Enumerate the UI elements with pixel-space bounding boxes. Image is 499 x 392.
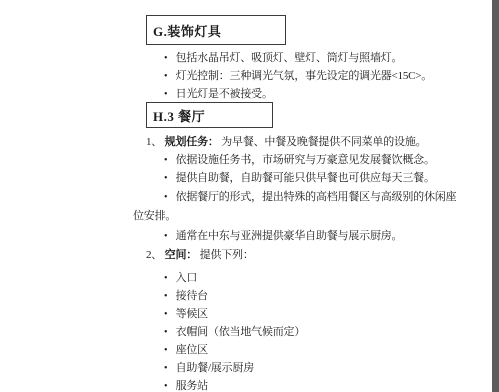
bullet-marker: •	[164, 326, 173, 339]
bullet-marker: •	[164, 88, 173, 101]
bullet-item-h1-1: • 依据设施任务书，市场研究与万豪意见发展餐饮概念。	[164, 154, 435, 167]
item-number: 1、	[146, 136, 162, 148]
item-text: 提供下列：	[200, 249, 254, 261]
bullet-marker: •	[164, 172, 173, 185]
bullet-item-g2: • 灯光控制：三种调光气氛，事先设定的调光器<15C>。	[164, 70, 432, 83]
bullet-text: 通常在中东与亚洲提供豪华自助餐与展示厨房。	[176, 230, 403, 242]
item-number: 2、	[146, 249, 162, 261]
bullet-item-space-3: • 等候区	[164, 308, 208, 321]
bullet-marker: •	[164, 191, 173, 204]
item-label: 规划任务：	[165, 136, 219, 148]
bullet-item-h1-3-line2: 位安排。	[133, 210, 176, 223]
bullet-text: 灯光控制：三种调光气氛，事先设定的调光器<15C>。	[176, 70, 433, 82]
section-heading-box-g: G.装饰灯具	[146, 15, 286, 45]
bullet-item-space-7: • 服务站	[164, 380, 208, 392]
bullet-item-space-4: • 衣帽间（依当地气候而定）	[164, 326, 305, 339]
numbered-item-2: 2、 空间： 提供下列：	[146, 249, 254, 262]
bullet-text: 接待台	[176, 290, 208, 302]
bullet-marker: •	[164, 230, 173, 243]
bullet-marker: •	[164, 308, 173, 321]
bullet-item-g3: • 日光灯是不被接受。	[164, 88, 273, 101]
bullet-text: 入口	[176, 272, 198, 284]
bullet-item-h1-4: • 通常在中东与亚洲提供豪华自助餐与展示厨房。	[164, 230, 402, 243]
bullet-marker: •	[164, 380, 173, 392]
section-heading-g-text: G.装饰灯具	[153, 21, 221, 40]
section-heading-box-h3: H.3 餐厅	[146, 102, 273, 128]
document-page: G.装饰灯具 • 包括水晶吊灯、吸顶灯、壁灯、筒灯与照墙灯。 • 灯光控制：三种…	[0, 0, 499, 392]
bullet-text: 座位区	[176, 344, 208, 356]
bullet-item-space-5: • 座位区	[164, 344, 208, 357]
bullet-text: 日光灯是不被接受。	[176, 88, 273, 100]
bullet-text: 依据餐厅的形式，提出特殊的高档用餐区与高级别的休闲座	[176, 191, 457, 203]
bullet-text: 自助餐/展示厨房	[176, 362, 254, 374]
bullet-marker: •	[164, 272, 173, 285]
bullet-text: 服务站	[176, 380, 208, 392]
bullet-item-space-1: • 入口	[164, 272, 197, 285]
bullet-marker: •	[164, 362, 173, 375]
bullet-item-h1-3-line1: • 依据餐厅的形式，提出特殊的高档用餐区与高级别的休闲座	[164, 191, 456, 204]
bullet-text-continuation: 位安排。	[133, 210, 176, 222]
bullet-marker: •	[164, 290, 173, 303]
bullet-item-space-2: • 接待台	[164, 290, 208, 303]
numbered-item-1: 1、 规划任务： 为早餐、中餐及晚餐提供不同菜单的设施。	[146, 136, 426, 149]
bullet-marker: •	[164, 52, 173, 65]
bullet-text: 等候区	[176, 308, 208, 320]
bullet-item-h1-2: • 提供自助餐，自助餐可能只供早餐也可供应每天三餐。	[164, 172, 435, 185]
item-text: 为早餐、中餐及晚餐提供不同菜单的设施。	[221, 136, 426, 148]
bullet-item-space-6: • 自助餐/展示厨房	[164, 362, 254, 375]
bullet-marker: •	[164, 344, 173, 357]
right-edge-strip	[492, 0, 499, 392]
item-label: 空间：	[165, 249, 197, 261]
bullet-text: 衣帽间（依当地气候而定）	[176, 326, 306, 338]
bullet-text: 提供自助餐，自助餐可能只供早餐也可供应每天三餐。	[176, 172, 435, 184]
bullet-item-g1: • 包括水晶吊灯、吸顶灯、壁灯、筒灯与照墙灯。	[164, 52, 402, 65]
bullet-marker: •	[164, 70, 173, 83]
bullet-text: 依据设施任务书，市场研究与万豪意见发展餐饮概念。	[176, 154, 435, 166]
bullet-text: 包括水晶吊灯、吸顶灯、壁灯、筒灯与照墙灯。	[176, 52, 403, 64]
section-heading-h3-text: H.3 餐厅	[153, 106, 205, 125]
bullet-marker: •	[164, 154, 173, 167]
